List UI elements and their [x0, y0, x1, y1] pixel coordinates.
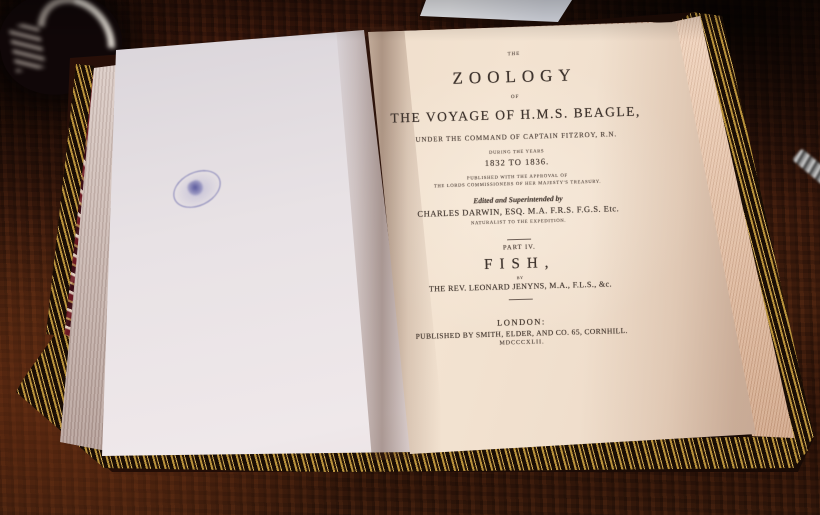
title-page-text: THE ZOOLOGY OF THE VOYAGE OF H.M.S. BEAG…: [364, 48, 672, 351]
of-word: OF: [365, 91, 665, 105]
voyage-title: THE VOYAGE OF H.M.S. BEAGLE,: [365, 103, 665, 126]
divider-rule-top: [507, 239, 531, 241]
photo-scene: THE ZOOLOGY OF THE VOYAGE OF H.M.S. BEAG…: [0, 0, 820, 515]
series-title: ZOOLOGY: [364, 64, 664, 90]
command-line: UNDER THE COMMAND OF CAPTAIN FITZROY, R.…: [366, 129, 666, 145]
divider-rule-bottom: [509, 299, 533, 301]
stamp-emblem-icon: [185, 178, 206, 198]
